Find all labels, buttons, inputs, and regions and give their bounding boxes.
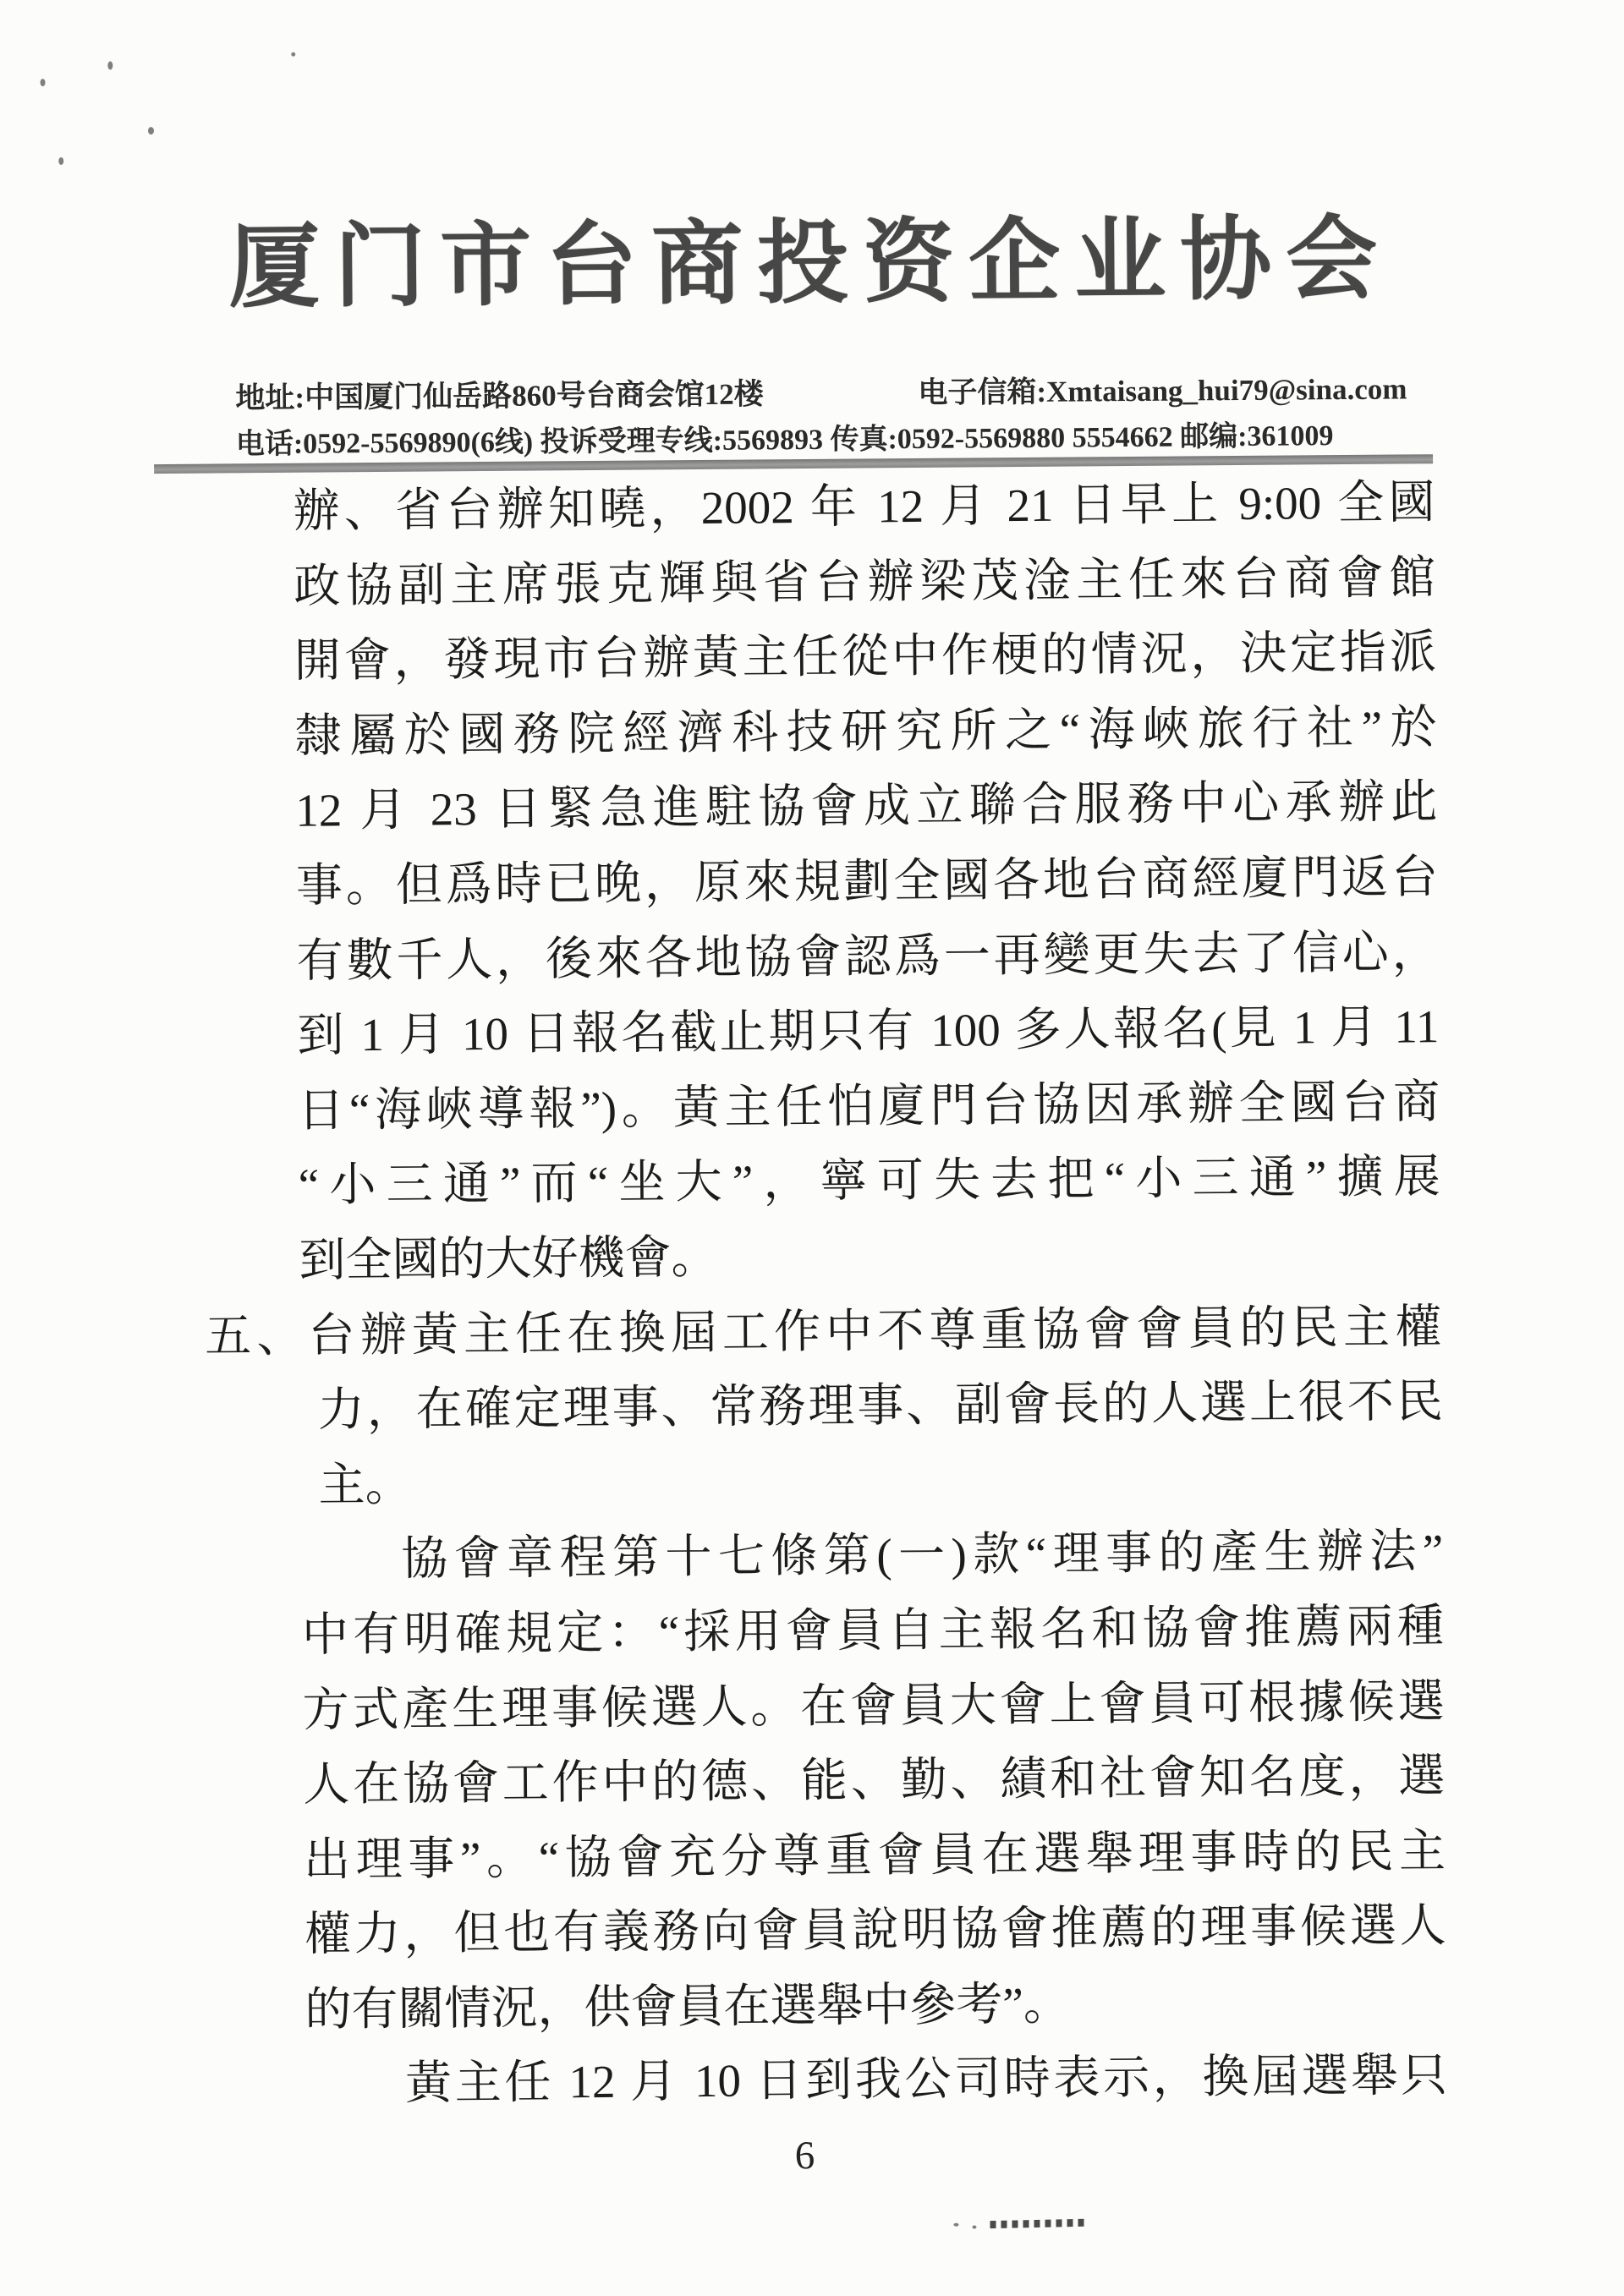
scan-speck [58, 157, 63, 165]
scan-speck [972, 2226, 976, 2229]
page-number: 6 [795, 2133, 815, 2178]
body-line: 12 月 23 日緊急進駐協會成立聯合服務中心承辦此 [295, 765, 1438, 849]
body-line: 到全國的大好機會。 [299, 1214, 1441, 1298]
scanned-document-page: 厦门市台商投资企业协会 地址:中国厦门仙岳路860号台商会馆12楼 电子信箱:X… [0, 0, 1624, 2296]
body-line: 協會章程第十七條第(一)款“理事的產生辦法” [401, 1514, 1444, 1597]
body-line: 的有關情況，供會員在選舉中參考”。 [304, 1964, 1447, 2047]
body-line: 隸屬於國務院經濟科技研究所之“海峽旅行社”於 [294, 690, 1437, 774]
scan-tilt-wrapper: 厦门市台商投资企业协会 地址:中国厦门仙岳路860号台商会馆12楼 电子信箱:X… [0, 0, 1624, 2296]
letterhead-contact-row-2: 电话:0592-5569890(6线) 投诉受理专线:5569893 传真:05… [236, 411, 1407, 462]
body-line: 中有明確規定：“採用會員自主報名和協會推薦兩種 [302, 1589, 1445, 1673]
body-line: 黃主任 12 月 10 日到我公司時表示，換屆選舉只 [405, 2039, 1448, 2122]
body-line: 日“海峽導報”)。黃主任怕廈門台協因承辦全國台商 [298, 1065, 1440, 1148]
body-line: 方式產生理事候選人。在會員大會上會員可根據候選 [302, 1664, 1445, 1748]
letterhead-contact-row-1: 地址:中国厦门仙岳路860号台商会馆12楼 电子信箱:Xmtaisang_hui… [235, 365, 1407, 417]
body-line: 主。 [318, 1439, 1444, 1523]
scan-speck [148, 127, 154, 134]
body-line: 辦、省台辦知曉，2002 年 12 月 21 日早上 9:00 全國 [293, 465, 1435, 549]
body-line: 權力，但也有義務向會員說明協會推薦的理事候選人 [304, 1888, 1446, 1972]
org-name: 厦门市台商投资企业协会 [228, 205, 1413, 324]
letterhead: 厦门市台商投资企业协会 地址:中国厦门仙岳路860号台商会馆12楼 电子信箱:X… [0, 0, 1616, 7]
scan-speck [291, 52, 295, 57]
address-line: 地址:中国厦门仙岳路860号台商会馆12楼 [235, 370, 764, 417]
body-line: 出理事”。“協會充分尊重會員在選舉理事時的民主 [304, 1814, 1446, 1898]
body-line: 開會，發現市台辦黃主任從中作梗的情況，決定指派 [294, 615, 1437, 699]
body-line: 到 1 月 10 日報名截止期只有 100 多人報名(見 1 月 11 [297, 989, 1440, 1073]
scan-speck [107, 61, 112, 69]
body-line: 政協副主席張克輝與省台辦梁茂淦主任來台商會館 [294, 540, 1436, 624]
scan-artifact-dashes [990, 2219, 1084, 2228]
body-line-list-item-5: 五、台辦黃主任在換屆工作中不尊重協會會員的民主權 [205, 1290, 1442, 1374]
body-line: 事。但爲時已晚，原來規劃全國各地台商經廈門返台 [296, 840, 1439, 923]
body-line: 有數千人，後來各地協會認爲一再變更失去了信心， [296, 915, 1439, 999]
scan-speck [953, 2223, 958, 2227]
body-line: “小三通”而“坐大”，寧可失去把“小三通”擴展 [298, 1140, 1440, 1224]
document-body: 辦、省台辦知曉，2002 年 12 月 21 日早上 9:00 全國 政協副主席… [0, 463, 1624, 2124]
scan-speck [40, 79, 45, 86]
body-line: 人在協會工作中的德、能、勤、績和社會知名度，選 [303, 1739, 1446, 1822]
email-line: 电子信箱:Xmtaisang_hui79@sina.com [918, 365, 1407, 412]
body-line: 力，在確定理事、常務理事、副會長的人選上很不民 [318, 1364, 1444, 1448]
phone-line: 电话:0592-5569890(6线) 投诉受理专线:5569893 传真:05… [236, 412, 1334, 462]
